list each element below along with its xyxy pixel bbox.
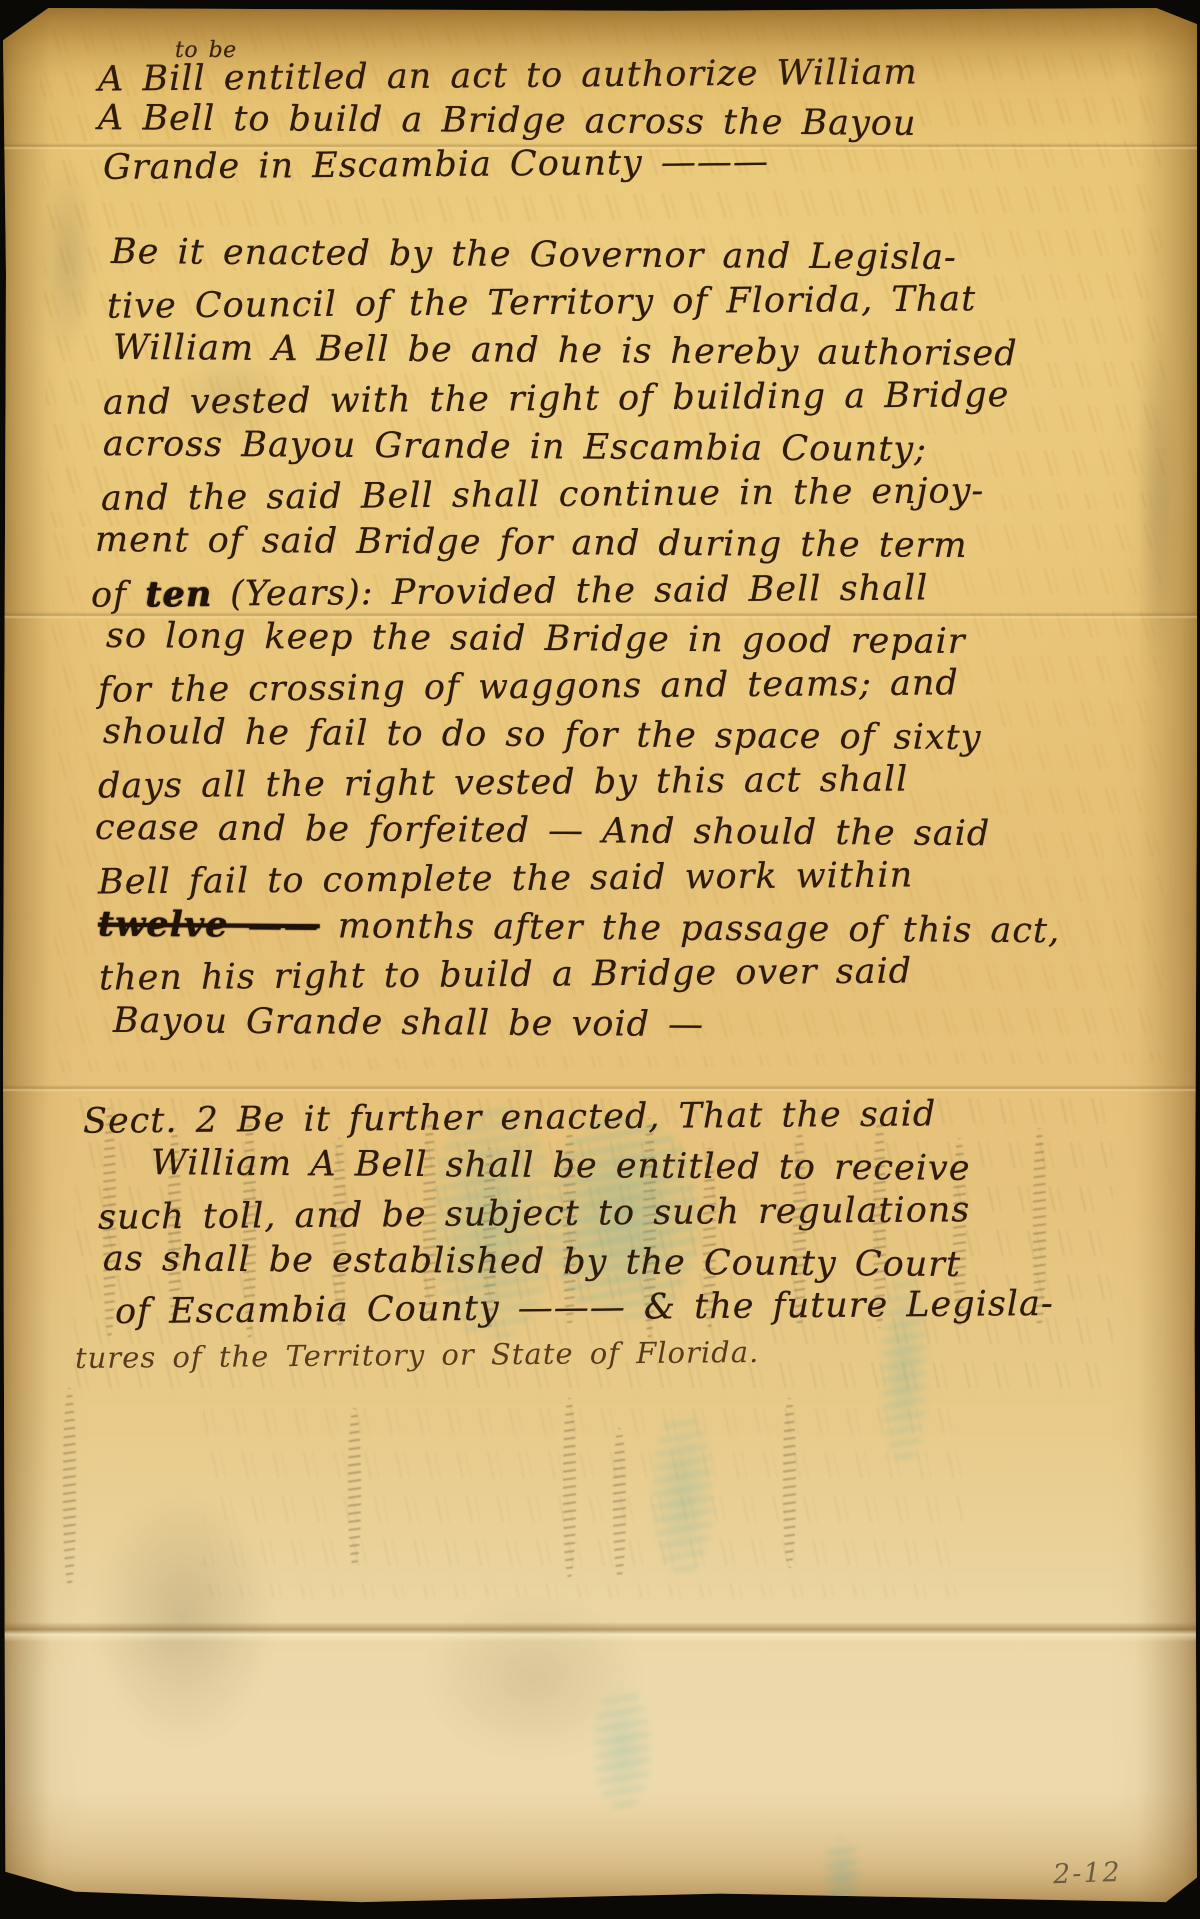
body-text: (Years): Provided the said Bell shall [212,568,929,614]
scanned-manuscript-screenshot: { "colors": { "paper": "#e7c379", "ink":… [0,0,1200,1919]
blue-stain [595,1688,650,1808]
section2-line: such toll, and be subject to such regula… [98,1190,971,1238]
section2-line: tures of the Territory or State of Flori… [75,1335,760,1375]
pencil-scribble [563,1398,576,1578]
section2-line: Sect. 2 Be it further enacted, That the … [83,1094,937,1141]
pencil-scribble [348,1408,361,1568]
body-line-term-of-years: of ten (Years): Provided the said Bell s… [91,567,929,615]
body-line: Bayou Grande shall be void — [113,1001,704,1045]
crease-line [3,1085,1197,1092]
pencil-scribble [783,1398,796,1568]
body-line: Be it enacted by the Governor and Legisl… [111,232,957,278]
aging-blotch [33,128,103,388]
bleed-through-texture [203,1408,963,1598]
body-line: should he fail to do so for the space of… [103,712,982,758]
body-line: Bell fail to complete the said work with… [98,855,914,902]
body-line: and vested with the right of building a … [103,375,1010,423]
pencil-scribble [613,1428,626,1578]
overwritten-word-ten: ten [145,574,212,616]
aging-blotch [1133,268,1183,748]
title-line-1: A Bill entitled an act to authorize Will… [98,52,918,99]
title-line-3: Grande in Escambia County ——— [103,142,769,188]
fold-line [3,1622,1197,1642]
body-line-months: twelve —— months after the passage of th… [98,904,1060,952]
archival-page-number: 2-12 [1052,1857,1122,1890]
body-line: and the said Bell shall continue in the … [101,471,985,519]
aging-blotch [383,1568,683,1788]
body-text: of [91,575,146,615]
body-line: across Bayou Grande in Escambia County; [103,424,927,470]
struck-word-twelve: twelve —— [98,904,320,947]
body-text: months after the passage of this act, [320,906,1061,951]
manuscript-page: to be A Bill entitled an act to authoriz… [3,8,1197,1904]
body-line: William A Bell be and he is hereby autho… [113,328,1018,374]
aging-blotch [63,1448,303,1788]
section2-line: of Escambia County ——— & the future Legi… [115,1284,1054,1332]
body-line: for the crossing of waggons and teams; a… [98,663,959,711]
body-line: then his right to build a Bridge over sa… [99,951,912,998]
body-line: tive Council of the Territory of Florida… [107,279,977,327]
body-line: ment of said Bridge for and during the t… [95,520,968,566]
section2-line: William A Bell shall be entitled to rece… [151,1143,971,1189]
section2-line: as shall be established by the County Co… [103,1239,961,1285]
blue-stain [653,1413,713,1573]
body-line: cease and be forfeited — And should the … [95,808,991,854]
blue-stain [825,1838,859,1913]
title-line-2: A Bell to build a Bridge across the Bayo… [98,98,917,144]
pencil-scribble [63,1388,76,1588]
body-line: days all the right vested by this act sh… [98,759,909,806]
body-line: so long keep the said Bridge in good rep… [106,616,966,662]
